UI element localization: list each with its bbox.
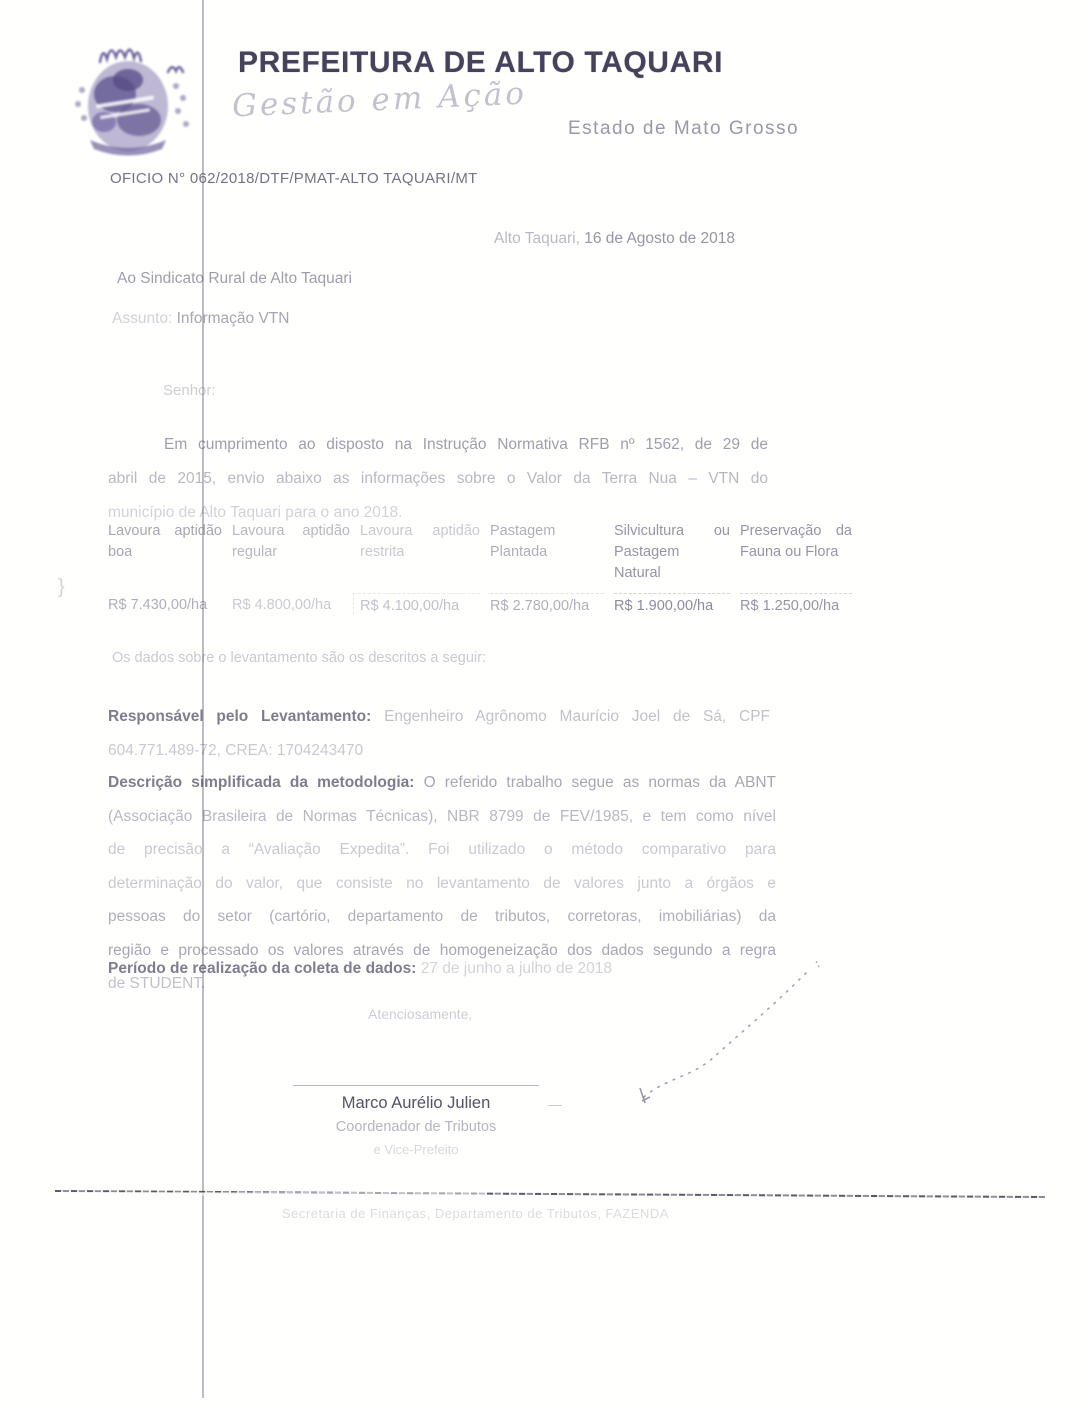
subject-label: Assunto:: [112, 310, 172, 327]
vtn-column-value: R$ 1.250,00/ha: [740, 593, 852, 614]
vtn-column-value: R$ 1.900,00/ha: [614, 593, 730, 614]
place-date-line: Alto Taquari, 16 de Agosto de 2018: [494, 230, 735, 248]
responsible-line2: 604.771.489-72, CREA: 1704243470: [108, 734, 770, 768]
subject-line: Assunto: Informação VTN: [112, 310, 289, 328]
table-note: Os dados sobre o levantamento são os des…: [112, 650, 486, 666]
vtn-column-header: Lavoura aptidão boa: [108, 521, 222, 587]
methodology-rest: O referido trabalho segue as normas da A…: [424, 774, 776, 791]
vtn-column-header: Silvicultura ou Pastagem Natural: [614, 521, 730, 587]
signer-role-secondary: e Vice-Prefeito: [288, 1142, 544, 1157]
methodology-line: (Associação Brasileira de Normas Técnica…: [108, 800, 776, 834]
footer-rule-fade: [55, 1192, 485, 1196]
scan-fold-line: [202, 0, 204, 1398]
recipient-line: Ao Sindicato Rural de Alto Taquari: [117, 270, 352, 288]
vtn-column: Lavoura aptidão regular R$ 4.800,00/ha: [232, 521, 360, 614]
vtn-column: Lavoura aptidão restrita R$ 4.100,00/ha: [360, 521, 490, 614]
oficio-number: OFICIO N° 062/2018/DTF/PMAT-ALTO TAQUARI…: [110, 170, 478, 187]
scanned-letter-page: PREFEITURA DE ALTO TAQUARI Gestão em Açã…: [0, 0, 1088, 1408]
vtn-column: Pastagem Plantada R$ 2.780,00/ha: [490, 521, 614, 614]
vtn-column-value: R$ 2.780,00/ha: [490, 593, 604, 614]
vtn-column: Silvicultura ou Pastagem Natural R$ 1.90…: [614, 521, 740, 614]
vtn-values-table: Lavoura aptidão boa R$ 7.430,00/ha Lavou…: [108, 521, 854, 614]
subject-value: Informação VTN: [177, 310, 290, 327]
footer-address: Secretaria de Finanças, Departamento de …: [282, 1206, 672, 1221]
signer-role: Coordenador de Tributos: [288, 1119, 544, 1135]
signature-dash-mark: —: [548, 1096, 562, 1112]
vtn-column-value: R$ 4.800,00/ha: [232, 593, 350, 613]
municipal-coat-of-arms-icon: [70, 38, 208, 160]
methodology-label: Descrição simplificada da metodologia:: [108, 774, 414, 791]
vtn-column-header: Lavoura aptidão regular: [232, 521, 350, 587]
intro-line: abril de 2015, envio abaixo as informaçõ…: [108, 462, 768, 496]
responsible-block: Responsável pelo Levantamento: Engenheir…: [108, 700, 770, 768]
methodology-line: determinação do valor, que consiste no l…: [108, 867, 776, 901]
vtn-column-header: Preservação da Fauna ou Flora: [740, 521, 852, 587]
signer-name: Marco Aurélio Julien: [288, 1094, 544, 1113]
vtn-column: Preservação da Fauna ou Flora R$ 1.250,0…: [740, 521, 852, 614]
date: 16 de Agosto de 2018: [584, 230, 735, 247]
vtn-column: Lavoura aptidão boa R$ 7.430,00/ha: [108, 521, 232, 614]
period-line: Período de realização da coleta de dados…: [108, 960, 612, 978]
vtn-column-header: Lavoura aptidão restrita: [360, 521, 480, 587]
vtn-column-value: R$ 7.430,00/ha: [108, 593, 222, 613]
handwritten-signature-stroke: [630, 955, 840, 1110]
period-label: Período de realização da coleta de dados…: [108, 960, 416, 977]
methodology-line: pessoas do setor (cartório, departamento…: [108, 900, 776, 934]
vtn-column-header: Pastagem Plantada: [490, 521, 604, 587]
methodology-line: de precisão a “Avaliação Expedita”. Foi …: [108, 833, 776, 867]
responsible-rest: Engenheiro Agrônomo Maurício Joel de Sá,…: [384, 708, 770, 725]
period-value: 27 de junho a julho de 2018: [421, 960, 612, 977]
closing-salutation: Atenciosamente,: [368, 1006, 472, 1022]
letterhead-state: Estado de Mato Grosso: [568, 118, 799, 140]
signature-line: [293, 1085, 539, 1086]
greeting: Senhor:: [163, 382, 216, 399]
intro-paragraph: Em cumprimento ao disposto na Instrução …: [108, 428, 768, 530]
vtn-column-value: R$ 4.100,00/ha: [353, 593, 480, 614]
letterhead-motto-script: Gestão em Ação: [231, 76, 527, 125]
place: Alto Taquari,: [494, 230, 580, 247]
responsible-label: Responsável pelo Levantamento:: [108, 708, 371, 725]
intro-line: Em cumprimento ao disposto na Instrução …: [108, 428, 768, 462]
margin-brace-mark: }: [58, 576, 65, 599]
letterhead-title: PREFEITURA DE ALTO TAQUARI: [238, 46, 723, 80]
